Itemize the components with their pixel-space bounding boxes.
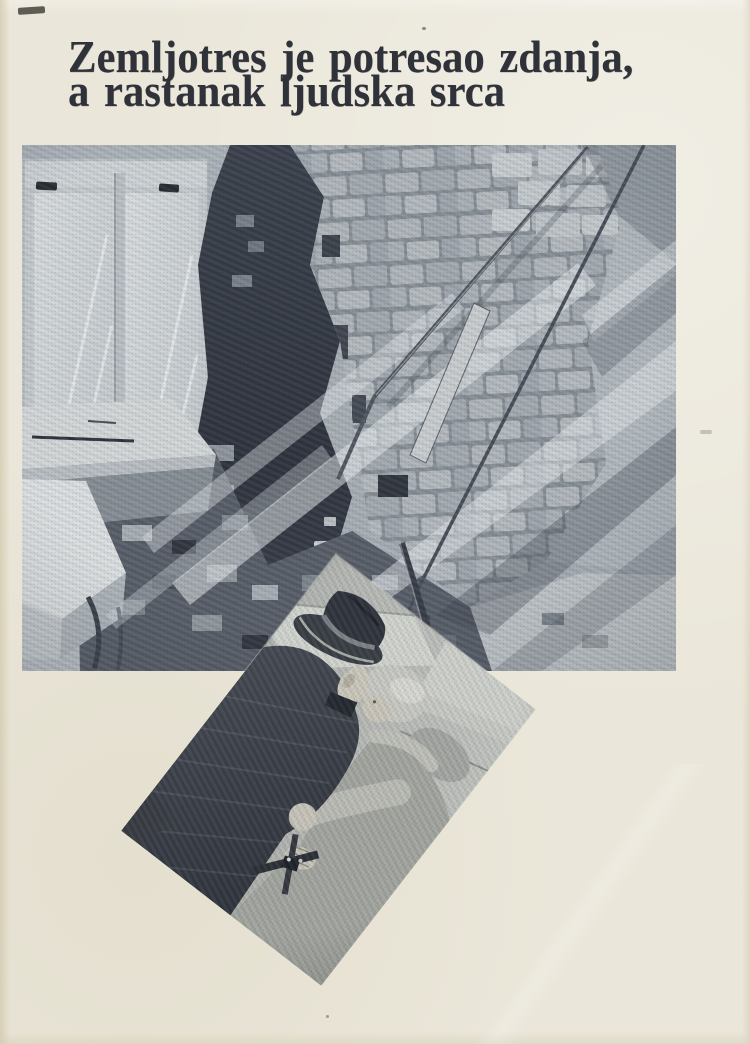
paper-speck <box>326 1015 329 1018</box>
headline: Zemljotres je potresao zdanja, a rastana… <box>68 40 633 108</box>
paper-smudge <box>700 430 712 434</box>
paper-speck <box>422 27 426 30</box>
magazine-page: Zemljotres je potresao zdanja, a rastana… <box>0 0 750 1044</box>
paper-crease <box>430 764 750 1044</box>
ink-mark-top-left <box>18 6 45 15</box>
